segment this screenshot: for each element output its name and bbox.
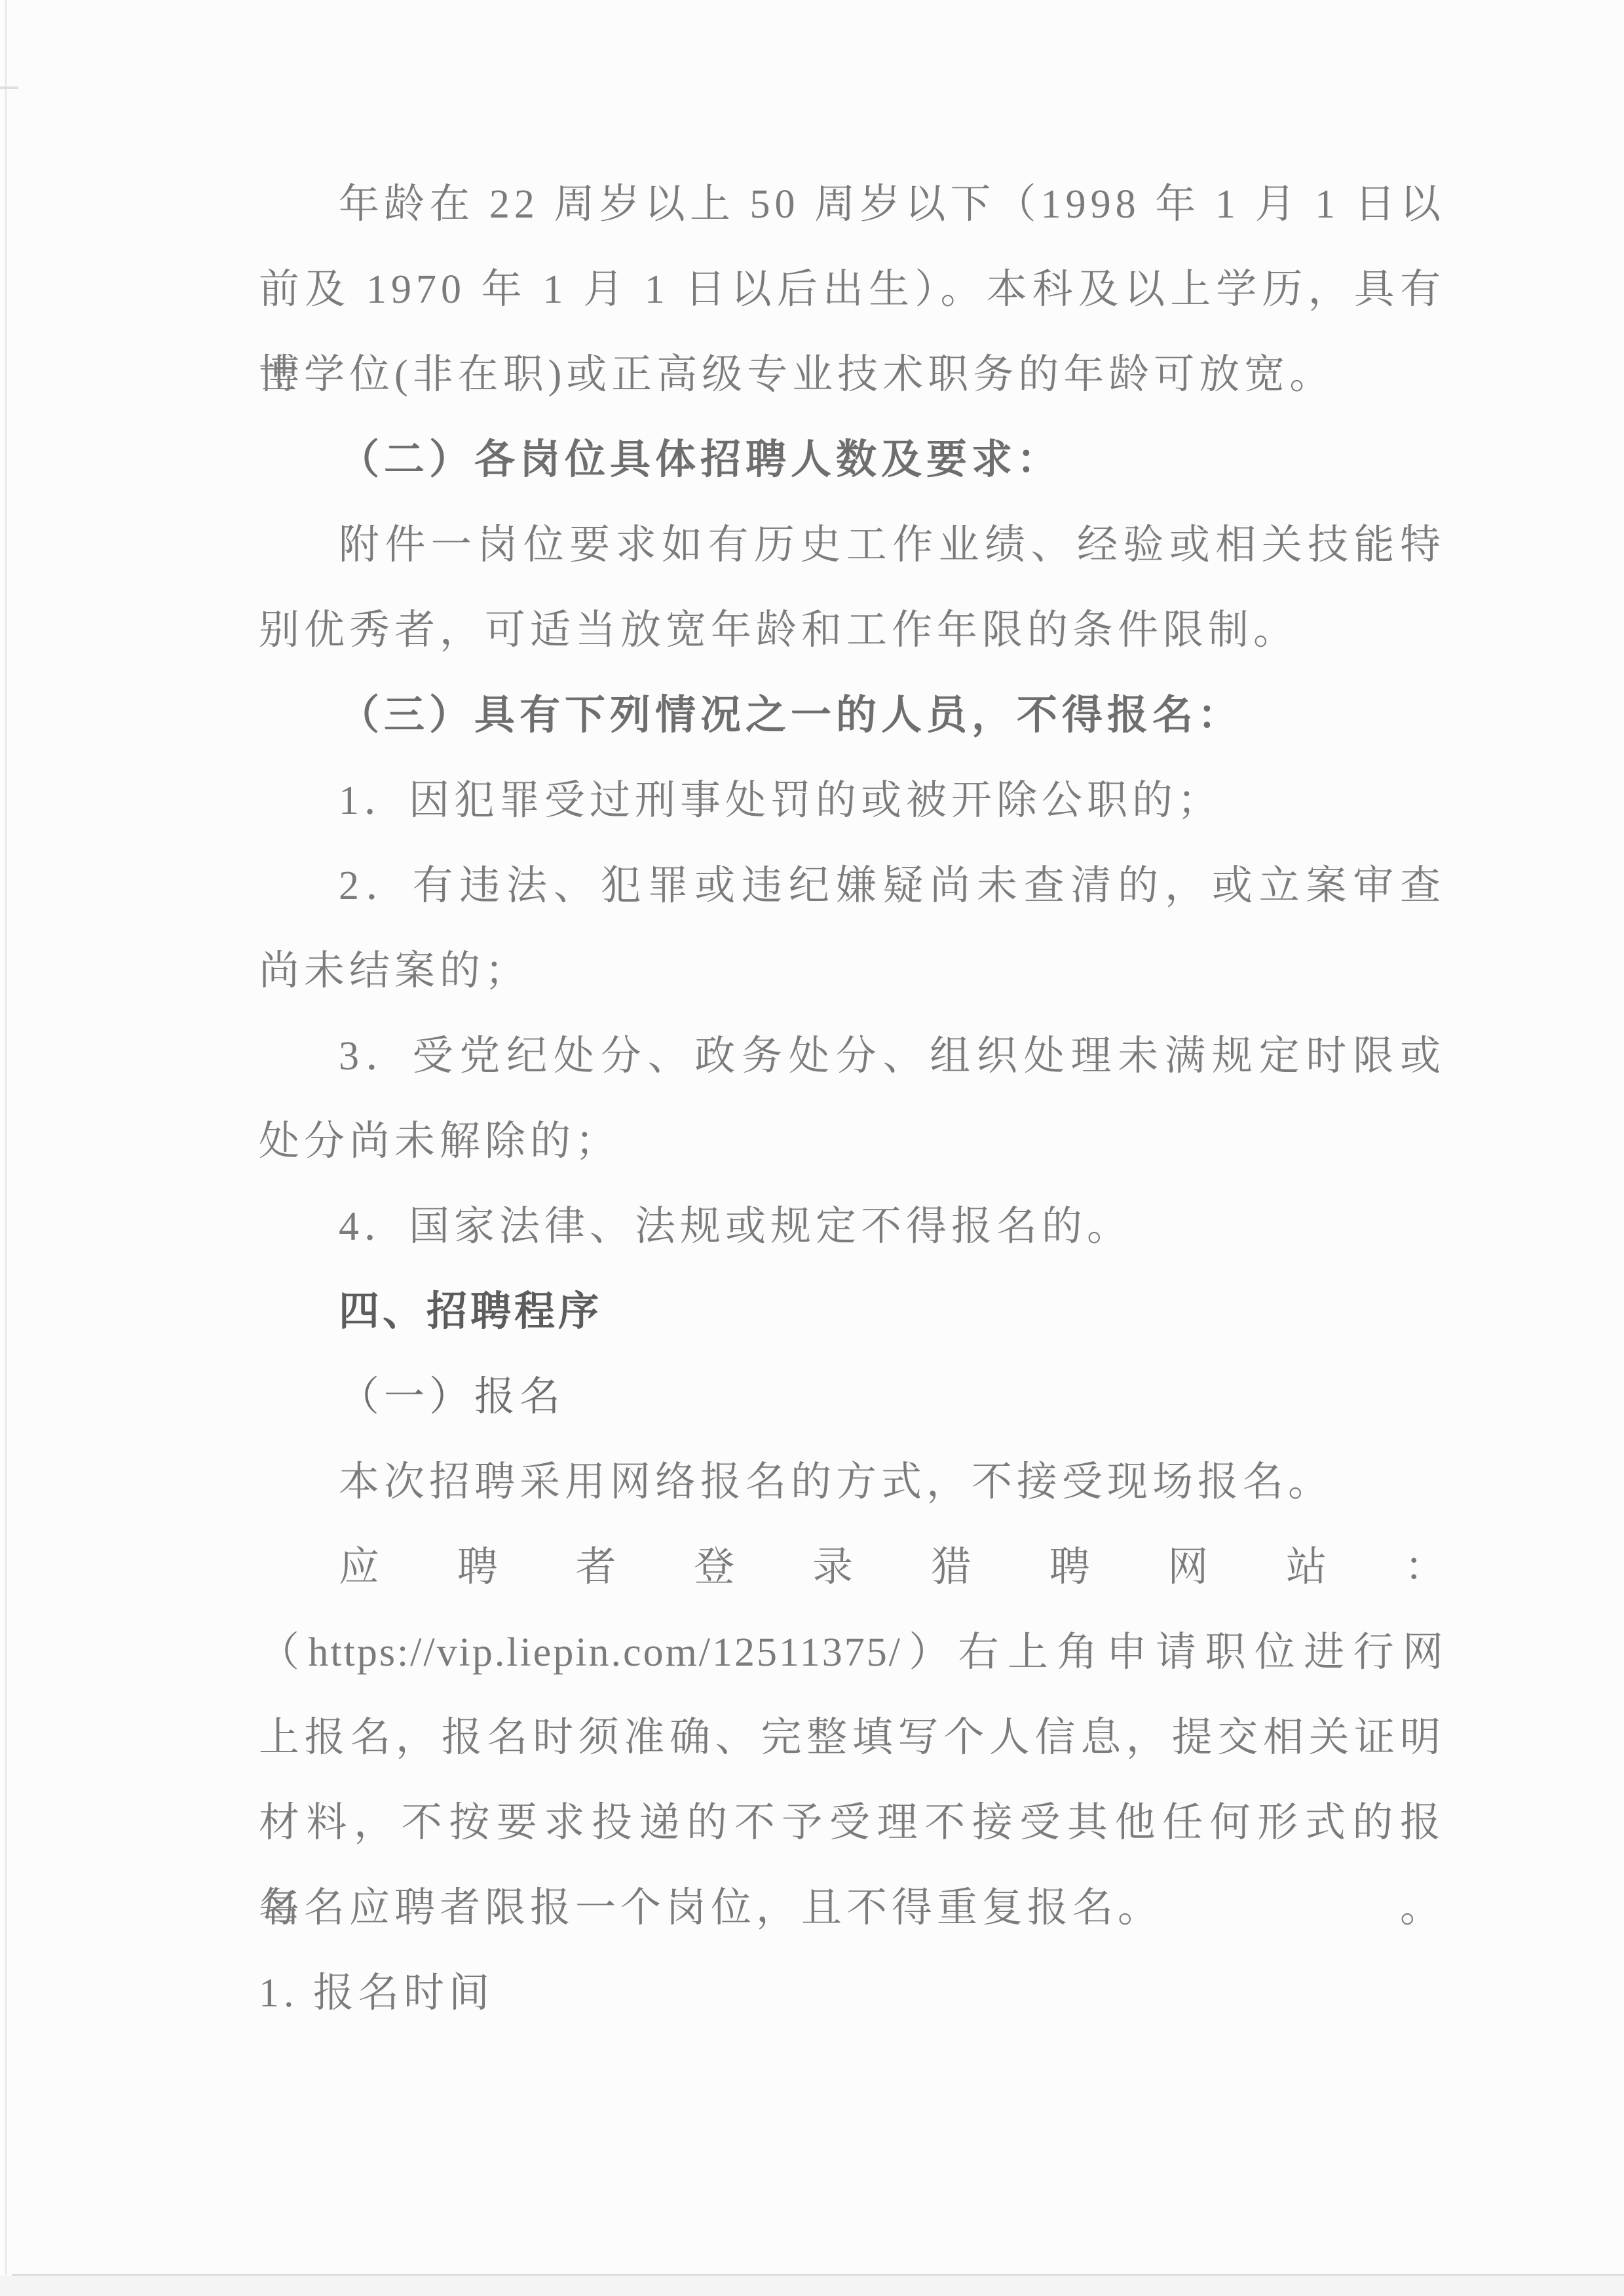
spread-char: 聘 <box>1049 1525 1090 1610</box>
text-line: 士学位(非在职)或正高级专业技术职务的年龄可放宽。 <box>259 332 1445 417</box>
text-line: （一）报名 <box>259 1354 1445 1440</box>
text-line: 应聘者登录猎聘网站： <box>259 1525 1445 1610</box>
text-line: 材料，不按要求投递的不予受理不接受其他任何形式的报名。 <box>259 1780 1445 1865</box>
text-line: 2．有违法、犯罪或违纪嫌疑尚未查清的，或立案审查 <box>259 843 1445 928</box>
document-text: 年龄在 22 周岁以上 50 周岁以下（1998 年 1 月 1 日以前及 19… <box>259 162 1445 2036</box>
scanned-page: 年龄在 22 周岁以上 50 周岁以下（1998 年 1 月 1 日以前及 19… <box>0 0 1624 2296</box>
text-line: 上报名，报名时须准确、完整填写个人信息，提交相关证明 <box>259 1695 1445 1780</box>
spread-char: 者 <box>576 1525 616 1610</box>
text-line: 4．国家法律、法规或规定不得报名的。 <box>259 1184 1445 1269</box>
scan-edge-tick <box>0 86 18 89</box>
text-line: 年龄在 22 周岁以上 50 周岁以下（1998 年 1 月 1 日以 <box>259 162 1445 247</box>
text-line: 本次招聘采用网络报名的方式，不接受现场报名。 <box>259 1440 1445 1525</box>
spread-char: 网 <box>1167 1525 1208 1610</box>
text-line: 别优秀者，可适当放宽年龄和工作年限的条件限制。 <box>259 588 1445 673</box>
text-line: 尚未结案的； <box>259 928 1445 1014</box>
text-line: 处分尚未解除的； <box>259 1099 1445 1184</box>
scan-shadow-bottom <box>0 2276 1624 2296</box>
text-line: 3．受党纪处分、政务处分、组织处理未满规定时限或 <box>259 1014 1445 1099</box>
spread-char: 猎 <box>931 1525 972 1610</box>
text-line: 前及 1970 年 1 月 1 日以后出生）。本科及以上学历，具有博 <box>259 247 1445 332</box>
text-line: （三）具有下列情况之一的人员，不得报名： <box>259 673 1445 758</box>
spread-char: 登 <box>694 1525 734 1610</box>
spread-char: 站 <box>1286 1525 1327 1610</box>
text-line: 四、招聘程序 <box>259 1269 1445 1354</box>
spread-char: ： <box>1405 1525 1445 1610</box>
spread-char: 聘 <box>457 1525 498 1610</box>
text-line: （二）各岗位具体招聘人数及要求： <box>259 417 1445 503</box>
text-line: 1. 报名时间 <box>259 1951 1445 2036</box>
spread-char: 录 <box>812 1525 853 1610</box>
text-line: 1．因犯罪受过刑事处罚的或被开除公职的； <box>259 758 1445 843</box>
text-line: 附件一岗位要求如有历史工作业绩、经验或相关技能特 <box>259 503 1445 588</box>
scan-edge-left <box>5 0 7 2275</box>
text-line: （https://vip.liepin.com/12511375/）右上角申请职… <box>259 1610 1445 1695</box>
spread-char: 应 <box>339 1525 379 1610</box>
